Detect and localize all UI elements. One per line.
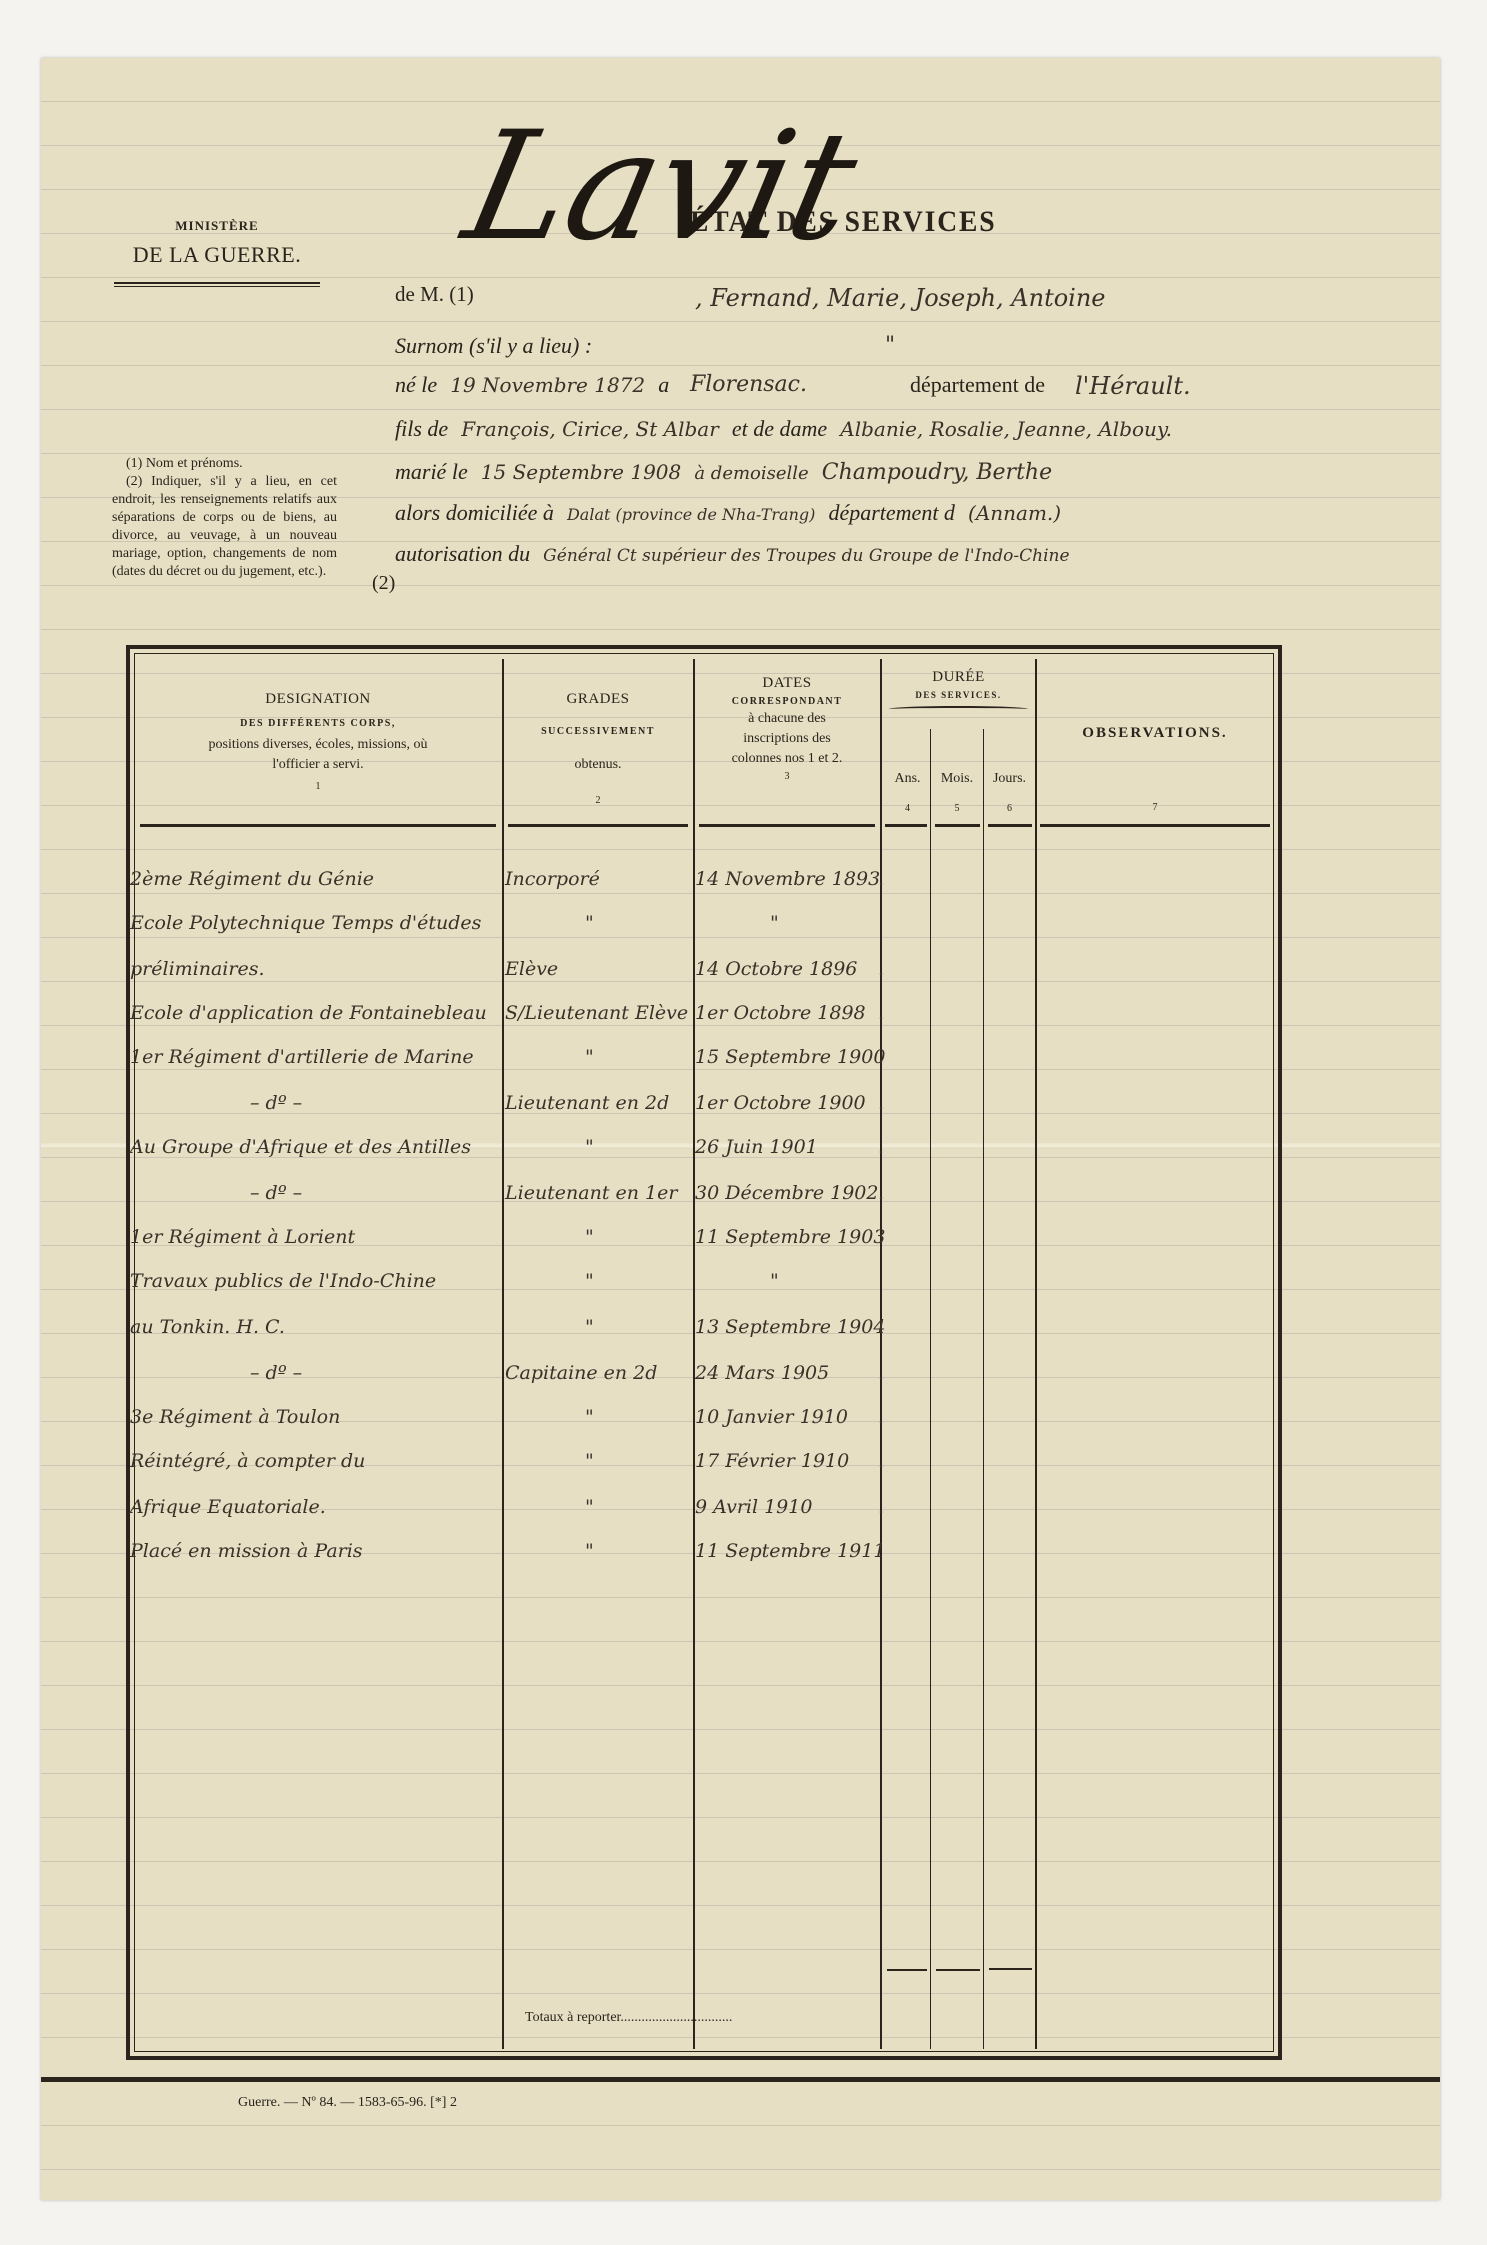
col-header-cap: DURÉE [885,669,1032,686]
row-date: 24 Mars 1905 [695,1362,829,1384]
spouse-name: Champoudry, Berthe [822,460,1052,485]
row-date: 1er Octobre 1900 [695,1092,866,1114]
header-rule [935,824,980,827]
born-at-label: a [658,372,669,397]
header-rule [1040,824,1270,827]
row-designation: – dº – [250,1092,302,1114]
birth-line: né le 19 Novembre 1872 a Florensac. dépa… [395,372,1275,398]
row-date: 10 Janvier 1910 [695,1406,848,1428]
col-subheader: Mois. [931,769,983,789]
row-grade: Elève [505,958,558,980]
row-dot: . [878,1182,884,1204]
row-designation: – dº – [250,1182,302,1204]
row-grade: " [585,1450,594,1472]
row-designation: au Tonkin. H. C. [130,1316,285,1338]
col-divider [983,729,984,2049]
col-header-observations: OBSERVATIONS. 7 [1040,725,1270,813]
col-header-jours: Jours. 6 [984,769,1035,814]
row-date: " [770,912,779,934]
ministry-small: MINISTÈRE [112,218,322,234]
row-date: 9 Avril 1910 [695,1496,812,1518]
father-label: fils de [395,416,448,441]
nickname-line: Surnom (s'il y a lieu) : " [395,333,1275,359]
row-dot: . [878,1362,884,1384]
married-date: 15 Septembre 1908 [481,460,681,484]
row-grade: S/Lieutenant Elève [505,1002,688,1024]
authorization-value: Général Ct supérieur des Troupes du Grou… [543,546,1069,566]
col-header-num: 6 [984,803,1035,814]
row-dot: . [878,1406,884,1428]
col-divider [502,659,504,2049]
col-header-sc: SUCCESSIVEMENT [508,726,688,737]
row-dot: . [878,1046,884,1068]
row-designation: 1er Régiment d'artillerie de Marine [130,1046,474,1068]
row-designation: 1er Régiment à Lorient [130,1226,355,1248]
row-dot: . [878,1316,884,1338]
marriage-line: marié le 15 Septembre 1908 à demoiselle … [395,459,1275,485]
married-label: marié le [395,459,468,484]
note2-marker: (2) [372,572,395,595]
row-date: 30 Décembre 1902 [695,1182,878,1204]
col-header-mois: Mois. 5 [931,769,983,814]
services-table: DESIGNATION DES DIFFÉRENTS CORPS, positi… [126,645,1282,2060]
col-header-cap: DATES [699,675,875,692]
col-divider [930,729,931,2049]
residence-value: Dalat (province de Nha-Trang) [567,505,815,524]
header-rule [885,824,927,827]
row-dot: . [878,958,884,980]
row-date: 17 Février 1910 [695,1450,849,1472]
nickname-value: " [885,333,895,358]
row-grade: " [585,1540,594,1562]
authorization-line: autorisation du Général Ct supérieur des… [395,541,1275,567]
total-rule [989,1968,1032,1970]
row-dot: . [878,1496,884,1518]
born-dept: l'Hérault. [1075,372,1191,400]
col-header-num: 2 [508,795,688,806]
born-place: Florensac. [690,372,807,397]
ministry-big: DE LA GUERRE. [112,242,322,268]
total-rule [887,1969,927,1971]
header-rule [699,824,875,827]
row-designation: préliminaires. [130,958,265,980]
nickname-label: Surnom (s'il y a lieu) : [395,333,592,358]
residence-dept: (Annam.) [968,501,1061,525]
header-rule [508,824,688,827]
given-names: , Fernand, Marie, Joseph, Antoine [695,284,1106,312]
footnote-1: (1) Nom et prénoms. [112,455,337,473]
row-designation: Travaux publics de l'Indo-Chine [130,1270,436,1292]
col-header-num: 7 [1040,802,1270,813]
name-line: de M. (1) , Fernand, Marie, Joseph, Anto… [395,282,1275,307]
row-grade: " [585,1270,594,1292]
authorization-label: autorisation du [395,541,530,566]
col-header-text: positions diverses, écoles, missions, où… [188,735,448,775]
col-header-num: 4 [885,803,930,814]
row-grade: " [585,1316,594,1338]
table-inner-border [134,653,1274,2052]
col-header-num: 3 [699,771,875,782]
row-dot: . [878,868,884,890]
row-date: " [770,1270,779,1292]
col-header-sc: DES DIFFÉRENTS CORPS, [140,718,496,729]
col-header-num: 1 [140,781,496,792]
name-label: de M. (1) [395,282,474,306]
print-reference: Guerre. — Nº 84. — 1583-65-96. [*] 2 [238,2095,457,2111]
row-grade: Lieutenant en 1er [505,1182,677,1204]
col-header-sc: CORRESPONDANT [699,696,875,707]
row-date: 11 Septembre 1911 [695,1540,885,1562]
col-header-num: 5 [931,803,983,814]
surname-handwritten: Lavit [454,112,868,262]
row-date: 1er Octobre 1898 [695,1002,866,1024]
mother-name: Albanie, Rosalie, Jeanne, Albouy. [840,417,1172,441]
footnotes: (1) Nom et prénoms. (2) Indiquer, s'il y… [112,455,337,581]
row-grade: " [585,1046,594,1068]
residence-dept-label: département d [828,500,954,525]
row-designation: Réintégré, à compter du [130,1450,365,1472]
row-date: 26 Juin 1901 [695,1136,818,1158]
row-designation: – dº – [250,1362,302,1384]
residence-line: alors domiciliée à Dalat (province de Nh… [395,500,1275,526]
col-header-cap: OBSERVATIONS. [1040,725,1270,742]
row-designation: Afrique Equatoriale. [130,1496,326,1518]
row-dot: . [878,1136,884,1158]
spouse-label: à demoiselle [694,463,808,484]
row-designation: Placé en mission à Paris [130,1540,363,1562]
footnote-2: (2) Indiquer, s'il y a lieu, en cet endr… [112,473,337,581]
born-dept-label: département de [910,372,1045,398]
col-divider [1035,659,1037,2049]
row-dot: . [878,1092,884,1114]
row-grade: " [585,1406,594,1428]
col-header-text: obtenus. [508,755,688,775]
born-date: 19 Novembre 1872 [450,373,645,397]
col-header-cap: DESIGNATION [140,691,496,708]
ministry-header: MINISTÈRE DE LA GUERRE. [112,218,322,287]
father-name: François, Cirice, St Albar [461,417,719,441]
header-rule [140,824,496,827]
row-grade: " [585,1226,594,1248]
col-header-designation: DESIGNATION DES DIFFÉRENTS CORPS, positi… [140,691,496,792]
row-dot: . [878,1450,884,1472]
col-header-text: à chacune des inscriptions des colonnes … [727,709,847,769]
col-header-grades: GRADES SUCCESSIVEMENT obtenus. 2 [508,691,688,806]
row-grade: " [585,1496,594,1518]
row-date: 15 Septembre 1900 [695,1046,885,1068]
col-header-duree: DURÉE DES SERVICES. [885,669,1032,712]
totals-label: Totaux à reporter.......................… [525,2010,732,2026]
col-header-dates: DATES CORRESPONDANT à chacune des inscri… [699,675,875,782]
row-grade: Capitaine en 2d [505,1362,657,1384]
row-date: 13 Septembre 1904 [695,1316,885,1338]
col-header-sc: DES SERVICES. [885,690,1032,700]
col-header-ans: Ans. 4 [885,769,930,814]
col-subheader: Jours. [984,769,1035,789]
row-grade: Incorporé [505,868,600,890]
row-grade: Lieutenant en 2d [505,1092,669,1114]
row-date: 14 Novembre 1893 [695,868,880,890]
row-dot: . [878,1002,884,1024]
total-rule [936,1969,980,1971]
row-designation: 2ème Régiment du Génie [130,868,374,890]
col-header-cap: GRADES [508,691,688,708]
row-designation: 3e Régiment à Toulon [130,1406,340,1428]
brace-icon [889,706,1028,712]
parents-line: fils de François, Cirice, St Albar et de… [395,416,1275,442]
mother-label: et de dame [732,416,827,441]
row-designation: Ecole d'application de Fontainebleau [130,1002,487,1024]
row-designation: Au Groupe d'Afrique et des Antilles [130,1136,471,1158]
row-grade: " [585,912,594,934]
header-rule [988,824,1032,827]
row-designation: Ecole Polytechnique Temps d'études [130,912,481,934]
page-bottom-rule [41,2077,1440,2082]
born-label: né le [395,372,437,397]
residence-label: alors domiciliée à [395,500,554,525]
row-date: 14 Octobre 1896 [695,958,857,980]
col-subheader: Ans. [885,769,930,789]
row-grade: " [585,1136,594,1158]
ministry-rule [114,282,320,287]
row-date: 11 Septembre 1903 [695,1226,885,1248]
row-dot: . [878,1226,884,1248]
